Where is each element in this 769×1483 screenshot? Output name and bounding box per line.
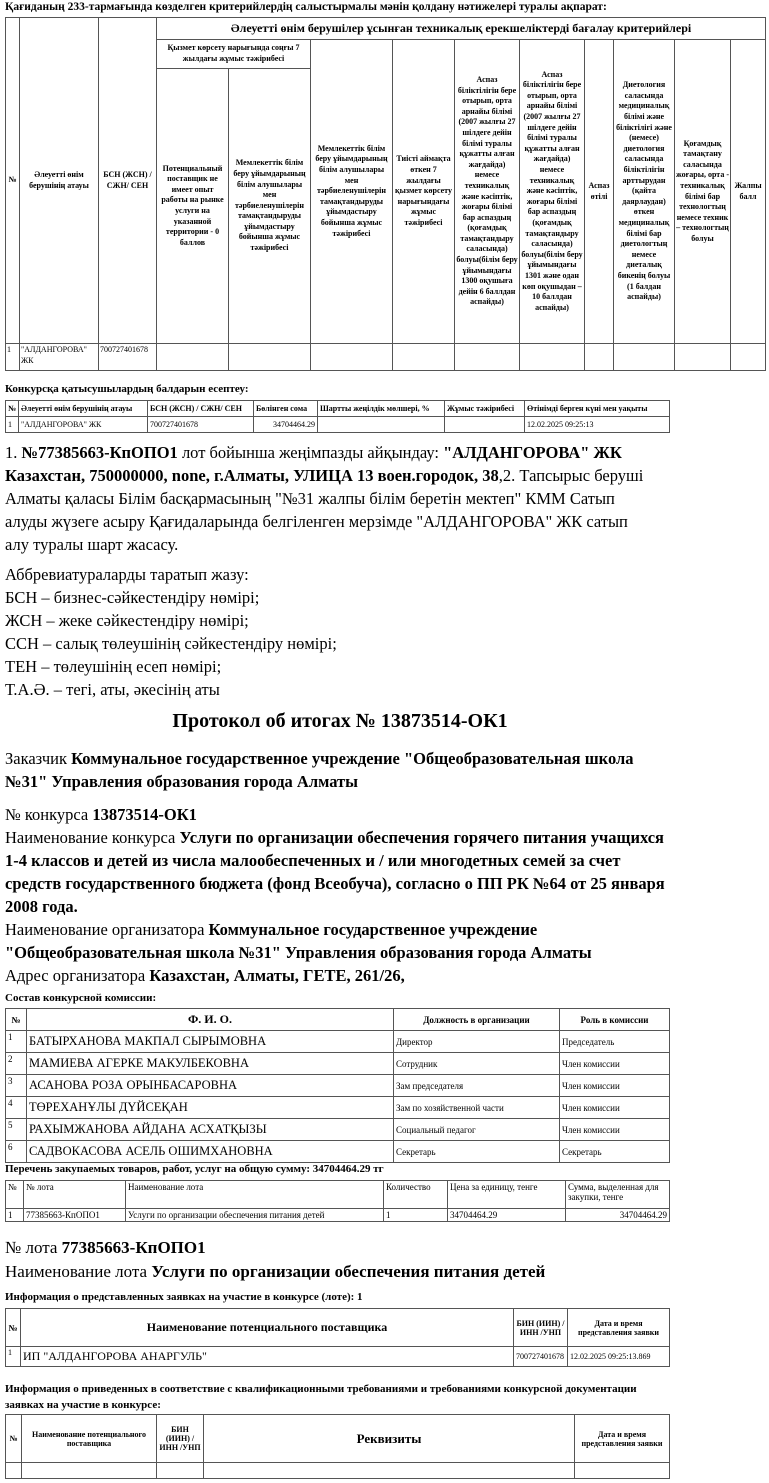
table-row: 1 ИП "АЛДАНГОРОВА АНАРГУЛЬ" 700727401678… <box>6 1347 670 1367</box>
cell-bin: 700727401678 <box>99 344 157 371</box>
customer-name: Коммунальное государственное учреждение … <box>5 749 634 791</box>
criteria-table: № Әлеуетті өнім берушінің атауы БСН (ЖСН… <box>5 17 766 371</box>
col-experience: Жұмыс тәжірибесі <box>445 401 525 417</box>
table-row: 1 77385663-КпОПО1 Услуги по организации … <box>6 1209 670 1222</box>
col-total: Жалпы балл <box>731 40 766 344</box>
table-row: 1 "АЛДАНГОРОВА" ЖК 700727401678 <box>6 344 766 371</box>
abbreviation-item: ТЕН – төлеушінің есеп нөмірі; <box>5 655 655 678</box>
contest-no: 13873514-ОК1 <box>92 805 197 824</box>
criteria-caption: Қағиданың 233-тармағында көзделген крите… <box>5 1 607 13</box>
col-bin: БСН (ЖСН) / СЖН/ СЕН <box>148 401 254 417</box>
abbreviation-item: Т.А.Ә. – тегі, аты, әкесінің аты <box>5 678 655 701</box>
abbreviations: Аббревиатураларды таратып жазу: БСН – би… <box>5 563 655 701</box>
abbreviation-item: ЖСН – жеке сәйкестендіру нөмірі; <box>5 609 655 632</box>
col-exp-none: Потенциальный поставщик не имеет опыт ра… <box>157 69 229 344</box>
col-exp-state-edu: Мемлекеттік білім беру ұйымдарының білім… <box>229 69 311 344</box>
commission-caption: Состав конкурсной комиссии: <box>5 992 156 1004</box>
abbreviations-title: Аббревиатураларды таратып жазу: <box>5 563 655 586</box>
col-num: № <box>6 18 20 344</box>
purchases-caption: Перечень закупаемых товаров, работ, услу… <box>5 1163 384 1175</box>
applications-table: № Наименование потенциального поставщика… <box>5 1308 670 1367</box>
col-regional-experience: Тиісті аймақта өткен 7 жылдағы қызмет кө… <box>393 40 455 344</box>
commission-table: № Ф. И. О. Должность в организации Роль … <box>5 1008 670 1163</box>
table-row: 6САДВОКАСОВА АСЕЛЬ ОШИМХАНОВНАСекретарьС… <box>6 1141 670 1163</box>
contest-info: № конкурса 13873514-ОК1 Наименование кон… <box>5 803 665 987</box>
table-row: 3АСАНОВА РОЗА ОРЫНБАСАРОВНАЗам председат… <box>6 1075 670 1097</box>
col-dietology: Диетология саласында медициналық білімі … <box>614 40 675 344</box>
col-discount: Шартты жеңілдік мөлшері, % <box>318 401 445 417</box>
applications-caption: Информация о представленных заявках на у… <box>5 1291 363 1303</box>
table-row: 2МАМИЕВА АГЕРКЕ МАКУЛБЕКОВНАСотрудникЧле… <box>6 1053 670 1075</box>
col-name: Әлеуетті өнім берушінің атауы <box>19 401 148 417</box>
cell-name: "АЛДАНГОРОВА" ЖК <box>20 344 99 371</box>
table-row: 4ТӨРЕХАНҰЛЫ ДҮЙСЕҚАНЗам по хозяйственной… <box>6 1097 670 1119</box>
lot-info: № лота 77385663-КпОПО1 Наименование лота… <box>5 1236 545 1284</box>
experience-group-header: Қызмет көрсету нарығында соңғы 7 жылдағы… <box>157 40 311 69</box>
col-name: Әлеуетті өнім берушінің атауы <box>20 18 99 344</box>
qualified-caption: Информация о приведенных в соответствие … <box>5 1381 655 1413</box>
customer-line: Заказчик Коммунальное государственное уч… <box>5 747 655 793</box>
col-cook-1300: Аспаз біліктілігін бере отырып, орта арн… <box>455 40 520 344</box>
col-cook-workshop: Аспаз өтілі <box>585 40 614 344</box>
table-row: 1БАТЫРХАНОВА МАКПАЛ СЫРЫМОВНАДиректорПре… <box>6 1031 670 1053</box>
abbreviation-item: ССН – салық төлеушінің сәйкестендіру нөм… <box>5 632 655 655</box>
lot-no: 77385663-КпОПО1 <box>62 1238 206 1257</box>
col-state-edu-experience: Мемлекеттік білім беру ұйымдарының білім… <box>311 40 393 344</box>
winner-lot-no: №77385663-КпОПО1 <box>22 443 178 462</box>
col-cook-1301: Аспаз біліктілігін бере отырып, орта арн… <box>520 40 585 344</box>
table-row: 5РАХЫМЖАНОВА АЙДАНА АСХАТҚЫЗЫСоциальный … <box>6 1119 670 1141</box>
table-row: 1 "АЛДАНГОРОВА" ЖК 700727401678 34704464… <box>6 417 670 433</box>
col-num: № <box>6 401 19 417</box>
purchases-table: № № лота Наименование лота Количество Це… <box>5 1180 670 1222</box>
scores-caption: Конкурсқа қатысушылардың балдарын есепте… <box>5 383 249 395</box>
winner-paragraph: 1. №77385663-КпОПО1 лот бойынша жеңімпаз… <box>5 441 655 556</box>
scores-table: № Әлеуетті өнім берушінің атауы БСН (ЖСН… <box>5 400 670 433</box>
organizer-address: Казахстан, Алматы, ГЕТЕ, 261/26, <box>149 966 404 985</box>
col-submitted: Өтінімді берген күні мен уақыты <box>525 401 670 417</box>
criteria-group-header: Әлеуетті өнім берушілер ұсынған техникал… <box>157 18 766 40</box>
col-bin: БСН (ЖСН) / СЖН/ СЕН <box>99 18 157 344</box>
table-row <box>6 1463 670 1479</box>
col-amount: Бөлінген сома <box>254 401 318 417</box>
protocol-title: Протокол об итогах № 13873514-ОК1 <box>0 710 680 733</box>
qualified-table: № Наименование потенциального поставщика… <box>5 1414 670 1479</box>
lot-name: Услуги по организации обеспечения питани… <box>151 1262 545 1281</box>
col-technologist: Қоғамдық тамақтану саласында жоғары, орт… <box>675 40 731 344</box>
cell-num: 1 <box>6 344 20 371</box>
abbreviation-item: БСН – бизнес-сәйкестендіру нөмірі; <box>5 586 655 609</box>
